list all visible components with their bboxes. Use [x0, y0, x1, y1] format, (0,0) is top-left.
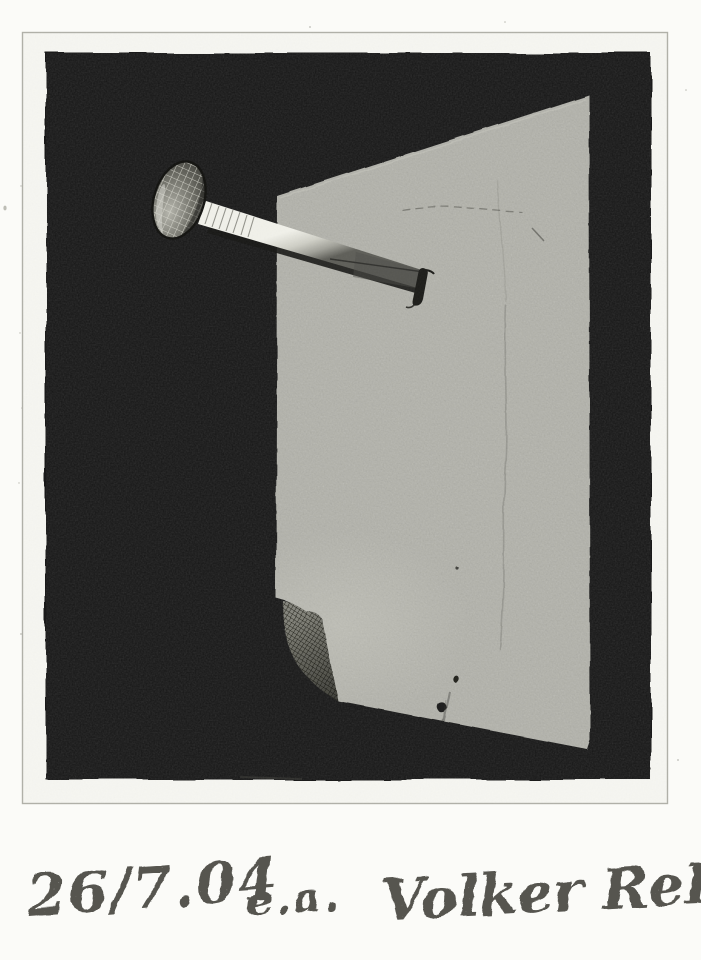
etching-artwork: 26/7.04 e.a. Volker ReDorf [0, 0, 701, 960]
inscription-edition-mark: e.a. [244, 870, 342, 926]
plate-photo-grain [22, 32, 668, 804]
etching-print-scan: 26/7.04 e.a. Volker ReDorf [0, 0, 701, 960]
